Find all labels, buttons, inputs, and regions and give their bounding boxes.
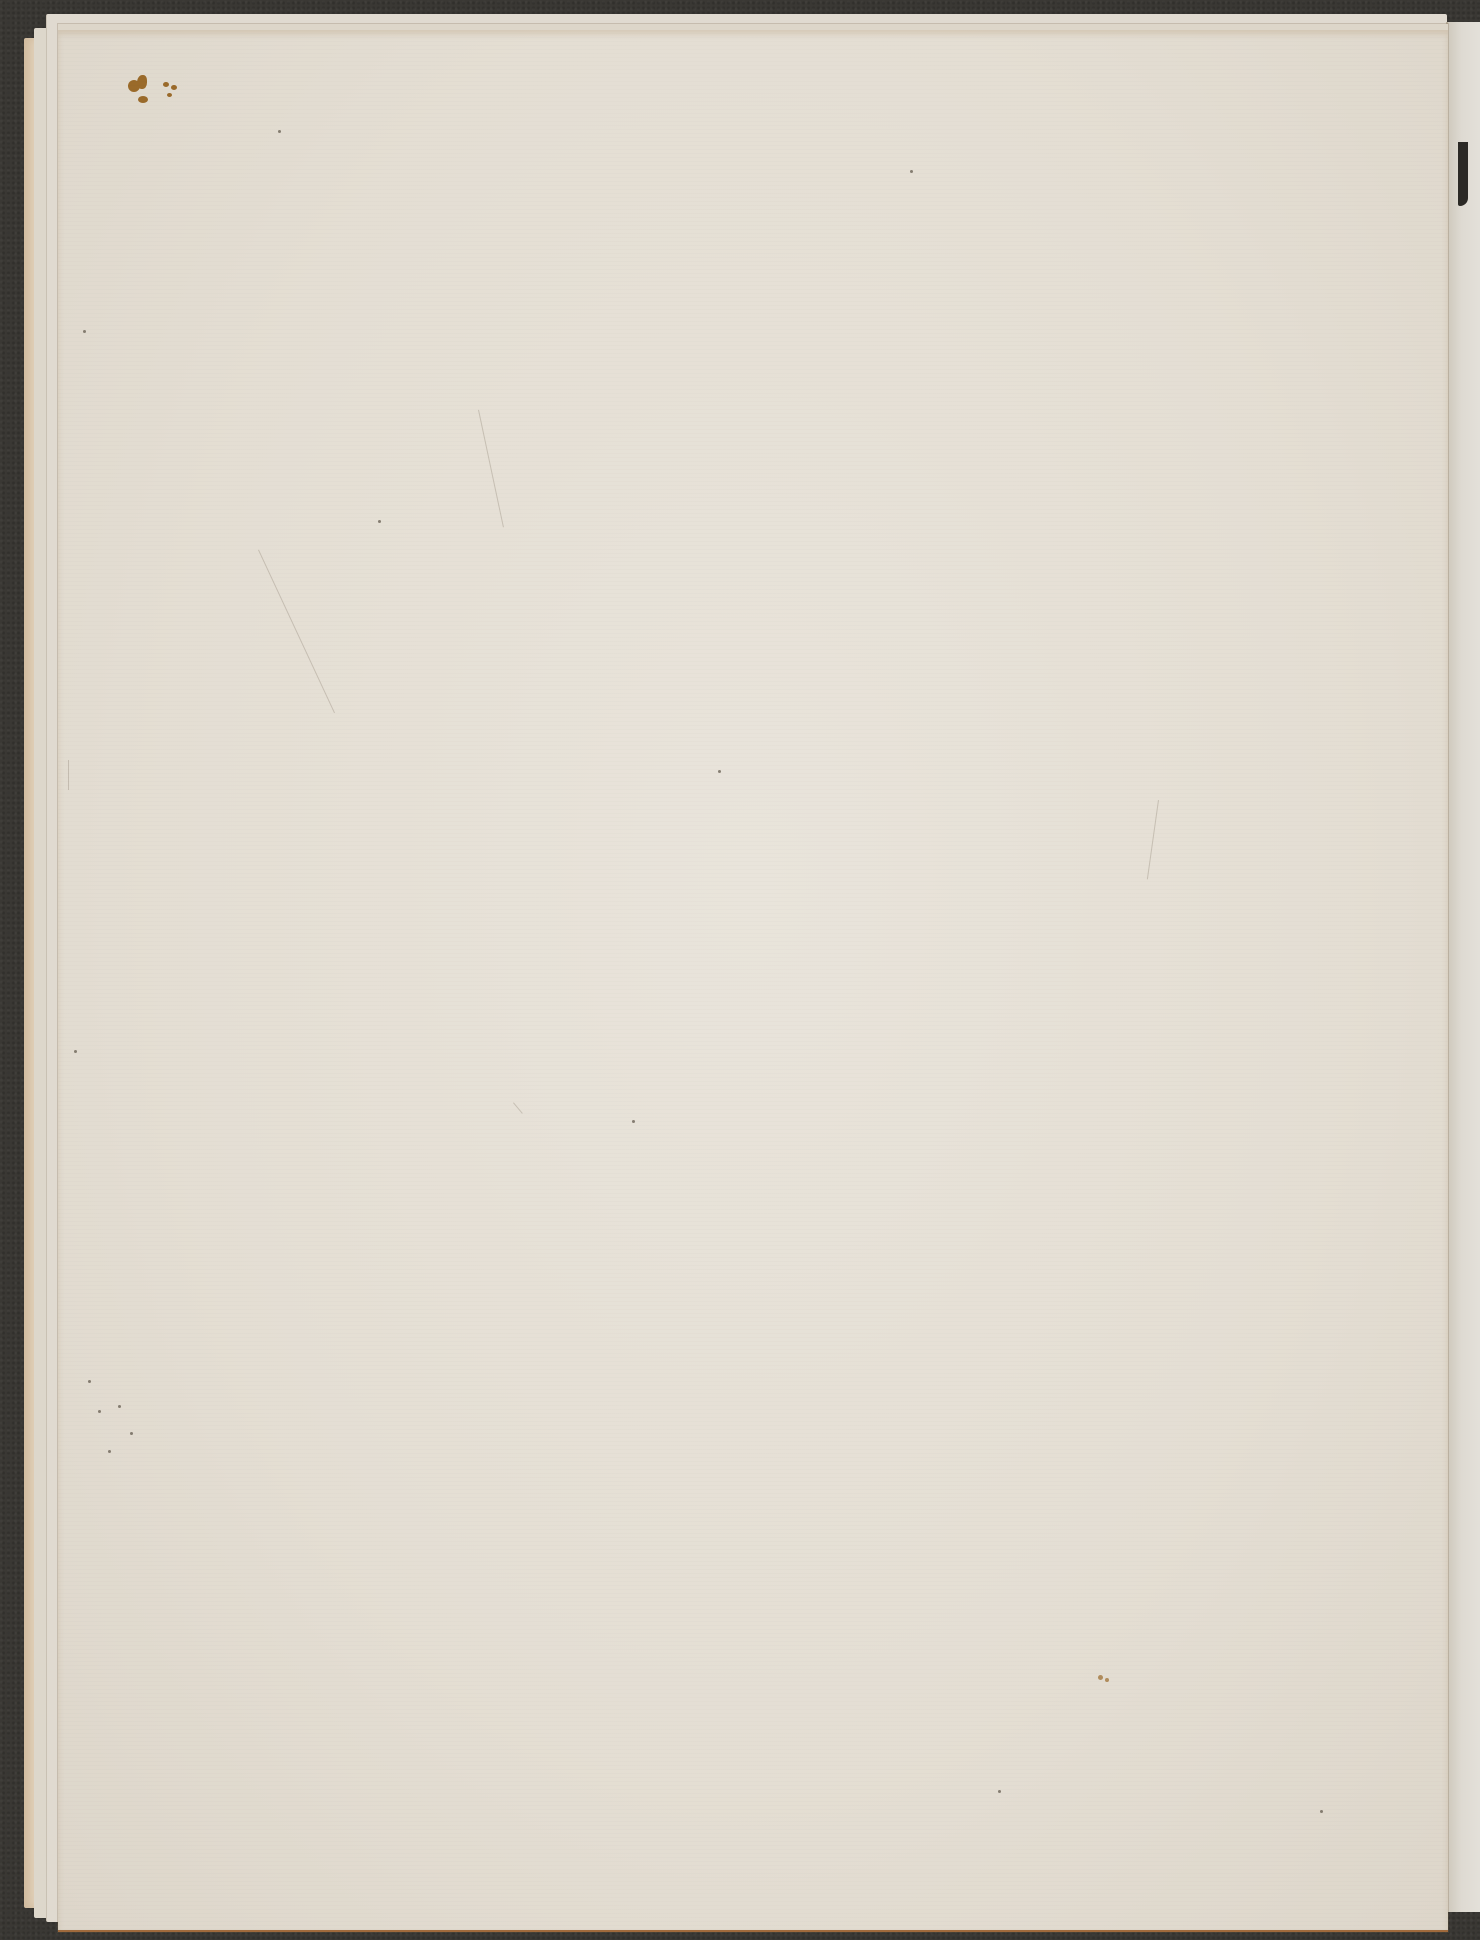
- paper-fiber: [478, 410, 504, 528]
- paper-fiber: [513, 1102, 523, 1113]
- paper-fiber: [258, 550, 335, 714]
- adjacent-page-edge: [1446, 22, 1480, 1912]
- paper-fiber: [1147, 800, 1159, 879]
- binding-gap: [1458, 142, 1468, 206]
- blank-page: [58, 24, 1448, 1932]
- scan-background: [0, 0, 1480, 1940]
- paper-fiber: [68, 760, 69, 790]
